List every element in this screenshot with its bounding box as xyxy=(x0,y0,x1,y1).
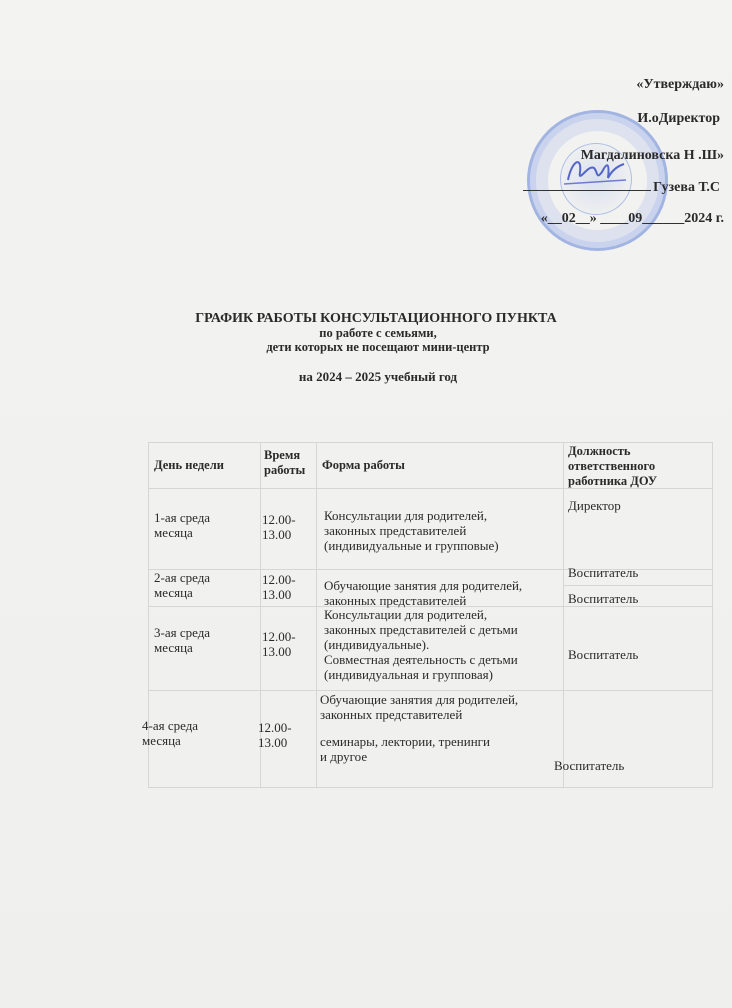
cell-line: и другое xyxy=(320,749,518,764)
signature-line xyxy=(523,190,651,191)
cell-line: месяца xyxy=(142,733,198,748)
header-position-line: Должность xyxy=(568,444,657,459)
date-year: 2024 г. xyxy=(684,211,724,226)
approver-position: И.оДиректор xyxy=(637,112,720,126)
header-position-line: работника ДОУ xyxy=(568,474,657,489)
table-border-top xyxy=(148,442,713,443)
cell-line: законных представителей xyxy=(324,523,499,538)
approval-date: «__02__» ____09______2024 г. xyxy=(541,212,724,226)
approver-signature-line: Гузева Т.С xyxy=(523,181,720,195)
header-day: День недели xyxy=(154,458,224,473)
cell-line: семинары, лектории, тренинги xyxy=(320,734,518,749)
header-time-line: Время xyxy=(264,448,305,463)
row-1-responsible: Директор xyxy=(568,498,621,513)
col-border xyxy=(316,442,317,788)
row-1-day: 1-ая среда месяца xyxy=(154,510,210,540)
date-month: ____09______ xyxy=(600,211,684,226)
cell-line: законных представителей xyxy=(320,707,518,722)
row-3-responsible: Воспитатель xyxy=(568,647,638,662)
cell-line: месяца xyxy=(154,585,210,600)
row-2-form: Обучающие занятия для родителей, законны… xyxy=(324,578,522,608)
cell-line: Обучающие занятия для родителей, xyxy=(324,578,522,593)
document-title: ГРАФИК РАБОТЫ КОНСУЛЬТАЦИОННОГО ПУНКТА xyxy=(10,311,732,327)
row-4-day: 4-ая среда месяца xyxy=(142,718,198,748)
cell-line: 13.00 xyxy=(262,527,296,542)
cell-line: Консультации для родителей, xyxy=(324,607,518,622)
cell-line: 3-ая среда xyxy=(154,625,210,640)
table-border-bottom xyxy=(148,787,713,788)
row-3-day: 3-ая среда месяца xyxy=(154,625,210,655)
row-4-responsible: Воспитатель xyxy=(554,758,624,773)
row-2-day: 2-ая среда месяца xyxy=(154,570,210,600)
col-border xyxy=(563,442,564,788)
approve-label: «Утверждаю» xyxy=(636,78,724,92)
cell-line: 4-ая среда xyxy=(142,718,198,733)
row-4-time: 12.00- 13.00 xyxy=(258,720,292,750)
cell-line: 2-ая среда xyxy=(154,570,210,585)
row-2-responsible-1: Воспитатель xyxy=(568,565,638,580)
col-border xyxy=(712,442,713,788)
date-day: «__02__» xyxy=(541,211,597,226)
cell-line: законных представителей с детьми xyxy=(324,622,518,637)
document-subtitle-2: дети которых не посещают мини-центр xyxy=(12,340,732,355)
row-1-time: 12.00- 13.00 xyxy=(262,512,296,542)
cell-line: 13.00 xyxy=(262,644,296,659)
row-2-responsible-2: Воспитатель xyxy=(568,591,638,606)
cell-line: Консультации для родителей, xyxy=(324,508,499,523)
header-time: Время работы xyxy=(264,448,305,478)
approver-name: Гузева Т.С xyxy=(653,180,720,195)
cell-line: 12.00- xyxy=(262,629,296,644)
header-time-line: работы xyxy=(264,463,305,478)
header-position-line: ответственного xyxy=(568,459,657,474)
header-form: Форма работы xyxy=(322,458,405,473)
cell-line: 12.00- xyxy=(258,720,292,735)
cell-line: 13.00 xyxy=(258,735,292,750)
cell-line: 1-ая среда xyxy=(154,510,210,525)
cell-line xyxy=(320,722,518,734)
academic-year: на 2024 – 2025 учебный год xyxy=(12,369,732,385)
cell-line: 13.00 xyxy=(262,587,296,602)
cell-line: (индивидуальная и групповая) xyxy=(324,667,518,682)
cell-line: месяца xyxy=(154,640,210,655)
cell-line: 12.00- xyxy=(262,512,296,527)
cell-line: Совместная деятельность с детьми xyxy=(324,652,518,667)
approver-organization: Магдалиновска Н .Ш» xyxy=(581,149,724,163)
document-subtitle-1: по работе с семьями, xyxy=(12,326,732,341)
cell-line: 12.00- xyxy=(262,572,296,587)
row-1-form: Консультации для родителей, законных пре… xyxy=(324,508,499,553)
schedule-table: День недели Время работы Форма работы До… xyxy=(148,442,713,788)
cell-line: (индивидуальные). xyxy=(324,637,518,652)
cell-line: Обучающие занятия для родителей, xyxy=(320,692,518,707)
row-3-time: 12.00- 13.00 xyxy=(262,629,296,659)
row-3-form: Консультации для родителей, законных пре… xyxy=(324,607,518,682)
cell-line: (индивидуальные и групповые) xyxy=(324,538,499,553)
document-page: «Утверждаю» И.оДиректор Магдалиновска Н … xyxy=(0,0,732,1008)
row-4-form: Обучающие занятия для родителей, законны… xyxy=(320,692,518,764)
cell-line: месяца xyxy=(154,525,210,540)
row-2-time: 12.00- 13.00 xyxy=(262,572,296,602)
cell-line: законных представителей xyxy=(324,593,522,608)
header-position: Должность ответственного работника ДОУ xyxy=(568,444,657,489)
row-divider xyxy=(563,585,713,586)
row-divider xyxy=(148,690,713,691)
